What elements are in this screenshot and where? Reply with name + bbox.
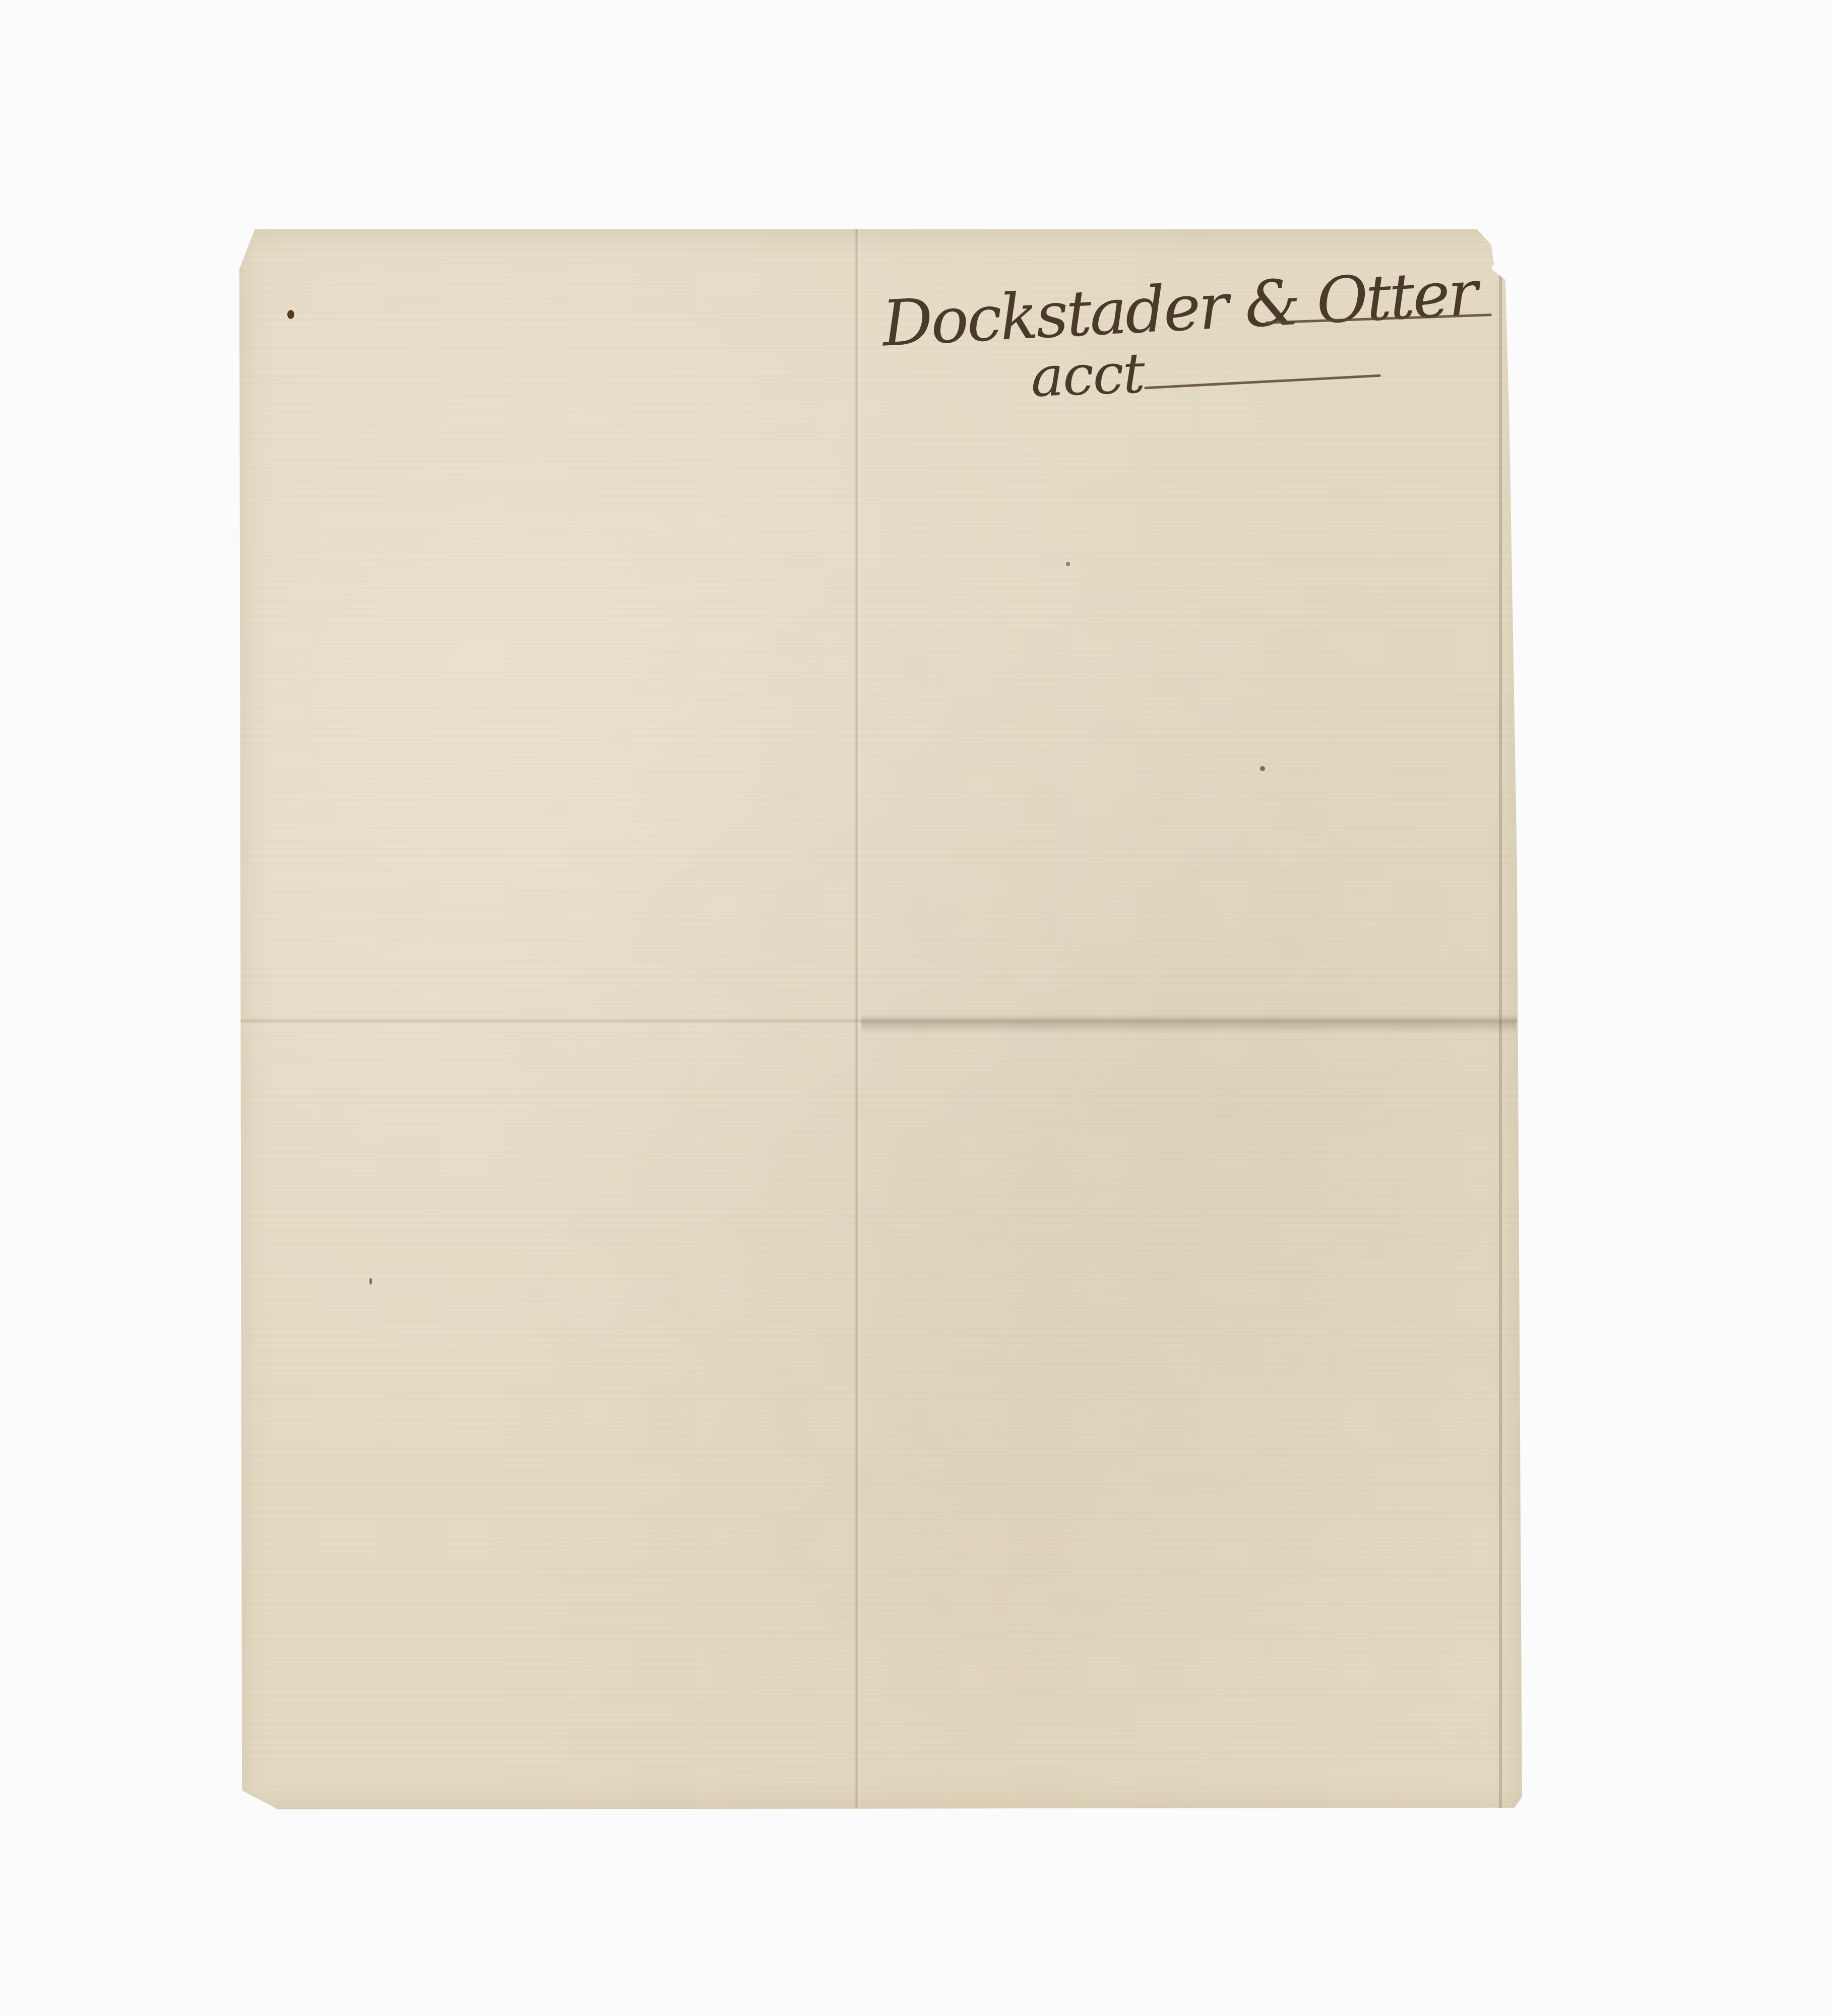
- ink-spot: [369, 1278, 372, 1285]
- horizontal-fold-shadow: [861, 1013, 1517, 1033]
- ink-spot: [1066, 562, 1070, 566]
- ink-spot: [287, 310, 294, 319]
- docket-line-1: Dockstader & Otter: [880, 257, 1478, 361]
- docket-annotation: Dockstader & Otter acct: [862, 262, 1517, 413]
- docket-line-2: acct: [1030, 341, 1145, 409]
- manuscript-sheet: Dockstader & Otter acct: [239, 229, 1522, 1809]
- right-edge-fold: [1499, 229, 1502, 1809]
- ink-spot: [1260, 766, 1265, 771]
- docket-underline: [1144, 374, 1381, 390]
